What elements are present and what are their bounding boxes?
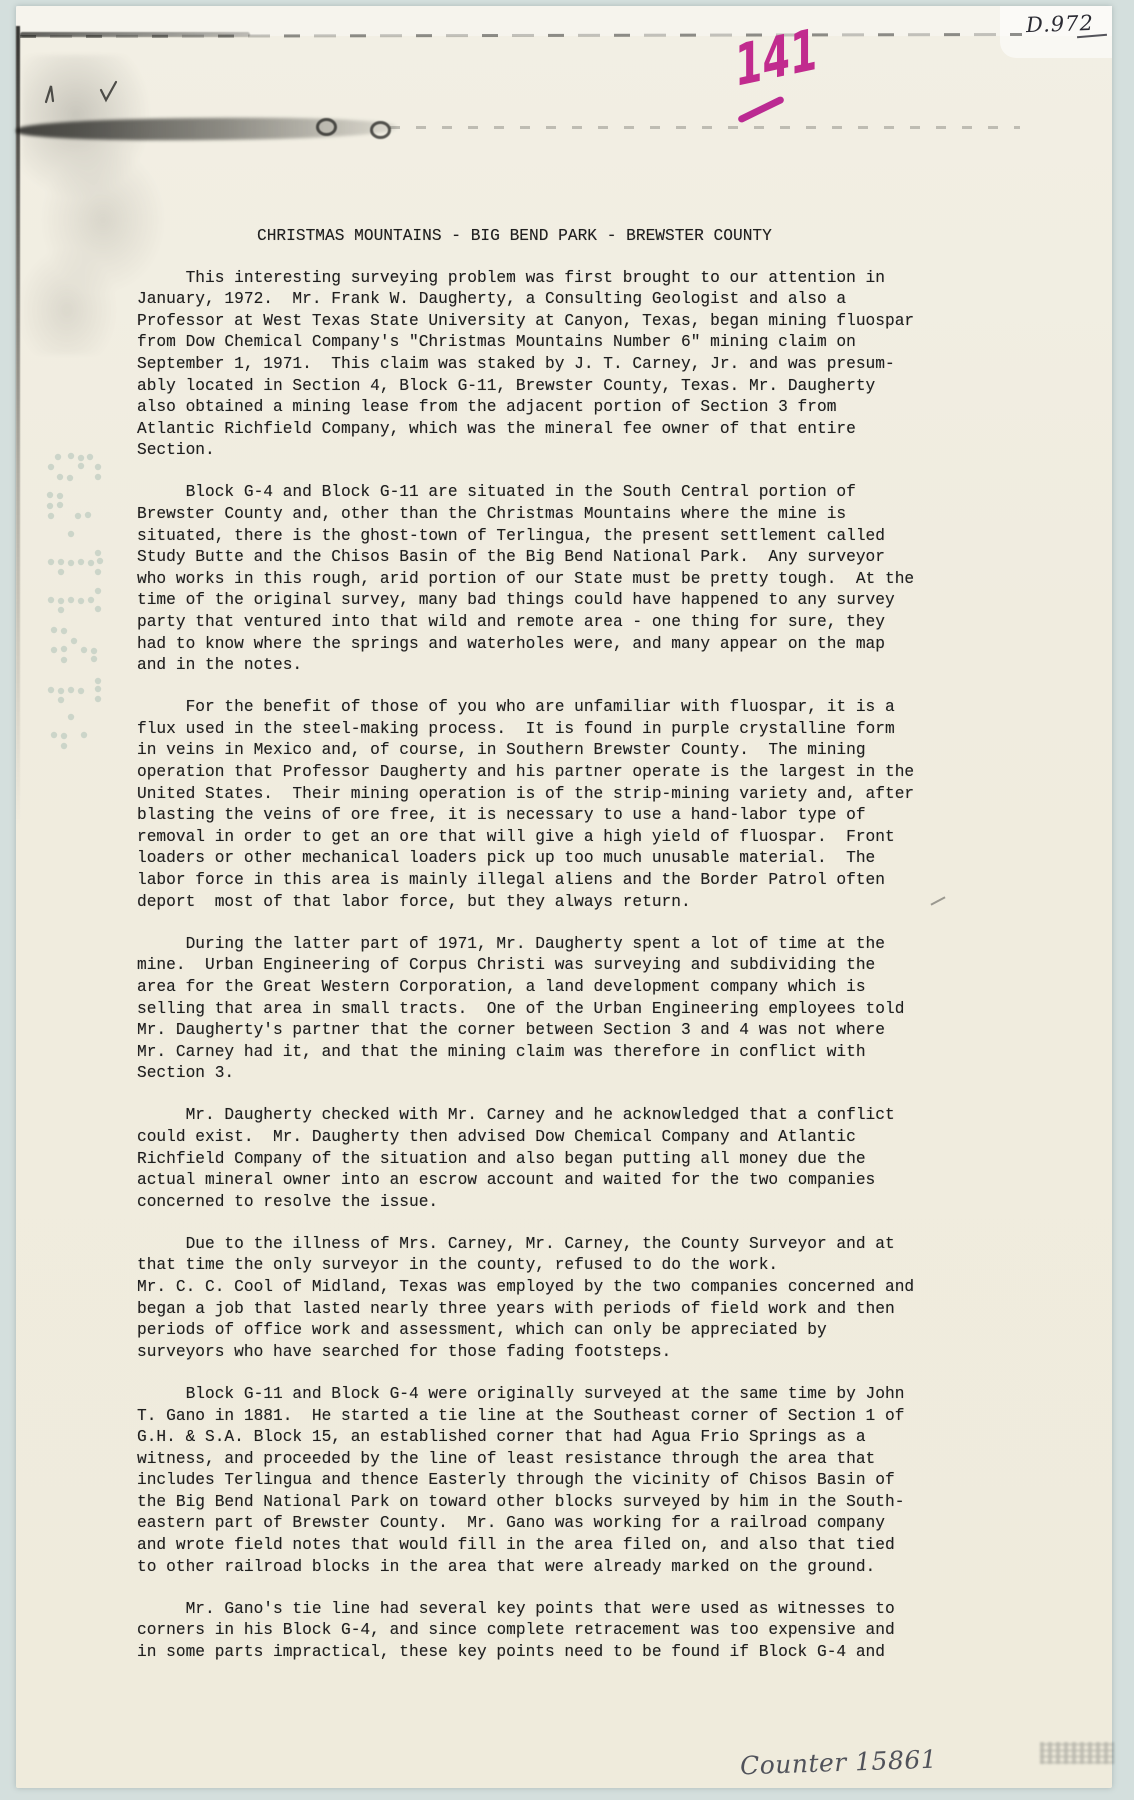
document-title: CHRISTMAS MOUNTAINS - BIG BEND PARK - BR… [257,226,937,248]
paragraph-7: Block G-11 and Block G-4 were originally… [137,1384,937,1578]
paragraph-4: During the latter part of 1971, Mr. Daug… [137,934,937,1085]
paragraph-2: Block G-4 and Block G-11 are situated in… [137,482,937,676]
scan-artifact-line [20,32,250,37]
paragraph-6: Due to the illness of Mrs. Carney, Mr. C… [137,1234,937,1364]
document-body: CHRISTMAS MOUNTAINS - BIG BEND PARK - BR… [137,226,937,1684]
handwritten-doc-number: D.972 [1026,11,1095,37]
pencil-check-marks [38,76,134,110]
page-edge-shadow [16,26,20,826]
scan-artifact-ring [370,121,391,139]
paragraph-5: Mr. Daugherty checked with Mr. Carney an… [137,1105,937,1213]
scan-artifact-dashes [390,126,1020,129]
scan-artifact-ring [316,118,337,136]
perforation-dots [40,445,124,760]
paragraph-3: For the benefit of those of you who are … [137,697,937,913]
faded-stamp [1040,1742,1114,1764]
scanned-page: D.972 141 Counter 15861 CHRISTMAS MOUNTA… [0,0,1134,1800]
paragraph-1: This interesting surveying problem was f… [137,268,937,462]
paragraph-8: Mr. Gano's tie line had several key poin… [137,1599,937,1664]
